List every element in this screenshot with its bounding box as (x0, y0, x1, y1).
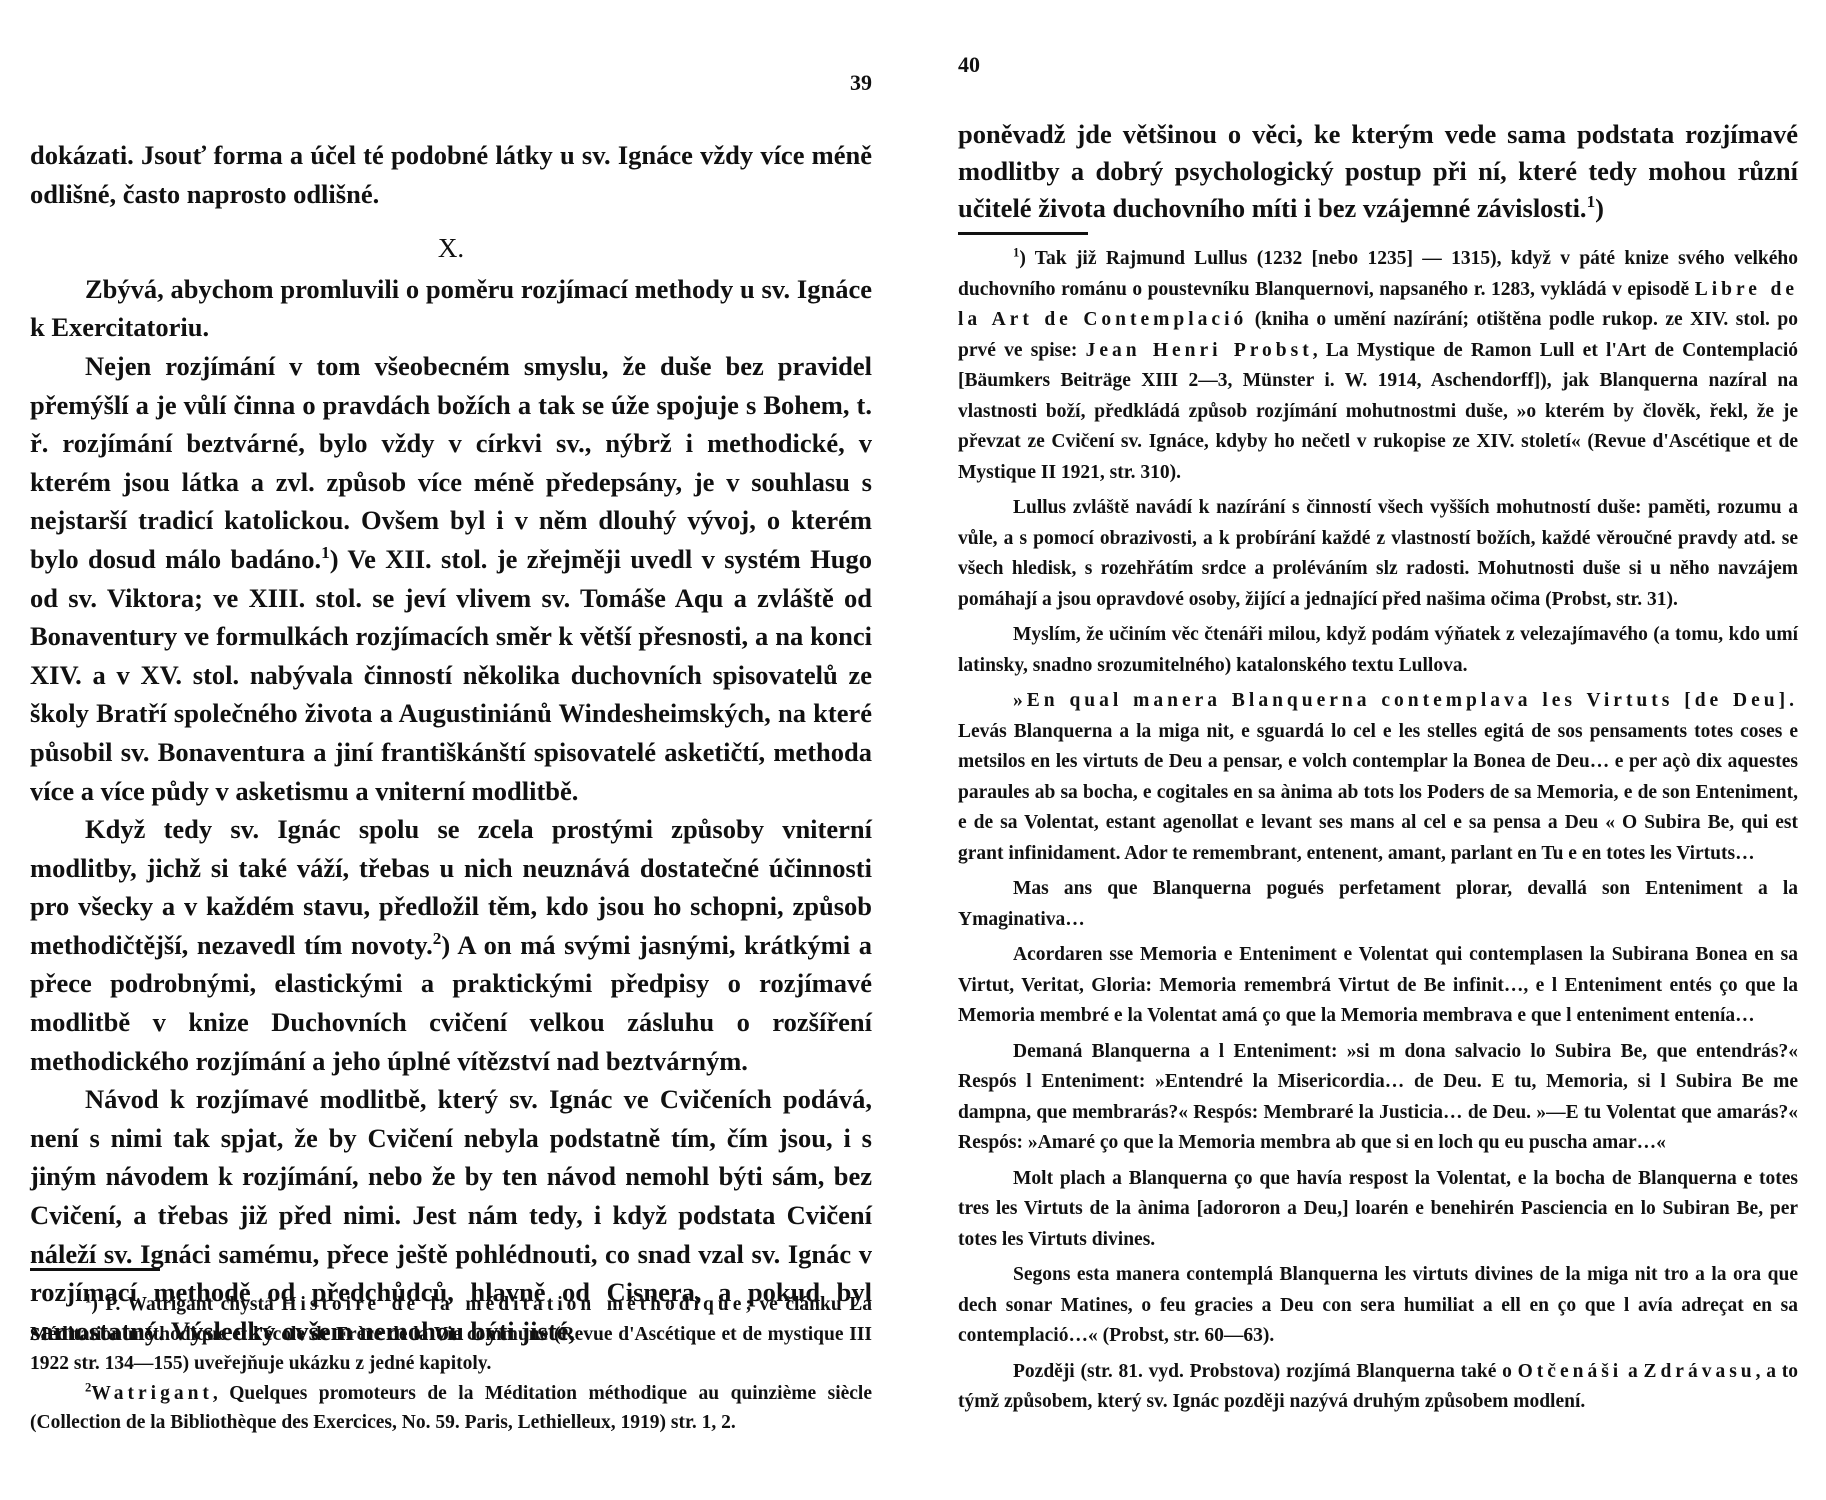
left-page: 39 dokázati. Jsouť forma a účel té podob… (30, 0, 872, 1500)
paragraph-text: poněvadž jde většinou o věci, ke kterým … (958, 119, 1798, 223)
quote-paragraph: »En qual manera Blanquerna contemplava l… (958, 686, 1798, 869)
footnote: 2Watrigant, Quelques promoteurs de la Mé… (30, 1379, 872, 1438)
section-heading: X. (30, 229, 872, 268)
quote-paragraph: Mas ans que Blanquerna pogués perfetamen… (958, 874, 1798, 935)
footnote: 1) P. Watrigant chystá Histoire de la mé… (30, 1290, 872, 1379)
footnote-author: Watrigant (91, 1383, 213, 1404)
footnote-text: ) P. Watrigant chystá (91, 1294, 281, 1315)
footnotes: 1) P. Watrigant chystá Histoire de la mé… (30, 1290, 872, 1438)
paragraph: poněvadž jde většinou o věci, ke kterým … (958, 116, 1798, 227)
quote-paragraph: Demaná Blanquerna a l Enteniment: »si m … (958, 1037, 1798, 1159)
quote-paragraph: Segons esta manera contemplá Blanquerna … (958, 1260, 1798, 1352)
paragraph: Když tedy sv. Ignác spolu se zcela prost… (30, 810, 872, 1080)
footnote-title: Histoire de la méditation méthodique (281, 1294, 745, 1315)
prayer-title: Zdrávasu (1643, 1361, 1755, 1382)
paragraph: Zbývá, abychom promluvili o poměru rozjí… (30, 270, 872, 347)
prayer-title: Otčenáši (1518, 1361, 1623, 1382)
footnote: 1) Tak již Rajmund Lullus (1232 [nebo 12… (958, 244, 1798, 488)
footnote-ref[interactable]: 1 (321, 543, 330, 562)
page-number: 40 (958, 52, 980, 78)
author-name: Jean Henri Probst (1086, 340, 1313, 361)
quote-paragraph: Acordaren sse Memoria e Enteniment e Vol… (958, 940, 1798, 1032)
footnotes: 1) Tak již Rajmund Lullus (1232 [nebo 12… (958, 244, 1798, 1423)
paragraph-text: ) Ve XII. stol. je zřejměji uvedl v syst… (30, 544, 872, 806)
footnote-text: a (1622, 1361, 1643, 1382)
footnote-ref[interactable]: 1 (1587, 192, 1596, 211)
main-text: poněvadž jde většinou o věci, ke kterým … (958, 116, 1798, 227)
quote-title: »En qual manera Blanquerna contemplava l… (1013, 690, 1798, 711)
footnote-paragraph: Později (str. 81. vyd. Probstova) rozjím… (958, 1357, 1798, 1418)
paragraph-text: Nejen rozjímání v tom všeobecném smyslu,… (30, 351, 872, 574)
footnote-paragraph: Myslím, že učiním věc čtenáři milou, kdy… (958, 620, 1798, 681)
footnote-divider (958, 232, 1088, 235)
right-page: 40 poněvadž jde většinou o věci, ke kter… (958, 0, 1798, 1500)
paragraph: dokázati. Jsouť forma a účel té podobné … (30, 136, 872, 213)
footnote-text: Později (str. 81. vyd. Probstova) rozjím… (1013, 1361, 1518, 1382)
footnote-paragraph: Lullus zvláště navádí k nazírání s činno… (958, 493, 1798, 615)
footnote-divider (30, 1268, 160, 1271)
paragraph: Nejen rozjímání v tom všeobecném smyslu,… (30, 347, 872, 810)
quote-text: Levás Blanquerna a la miga nit, e sguard… (958, 721, 1798, 864)
main-text: dokázati. Jsouť forma a účel té podobné … (30, 136, 872, 1350)
page-number: 39 (850, 70, 872, 96)
quote-paragraph: Molt plach a Blanquerna ço que havía res… (958, 1164, 1798, 1256)
footnote-text: ) Tak již Rajmund Lullus (1232 [nebo 123… (958, 248, 1798, 300)
